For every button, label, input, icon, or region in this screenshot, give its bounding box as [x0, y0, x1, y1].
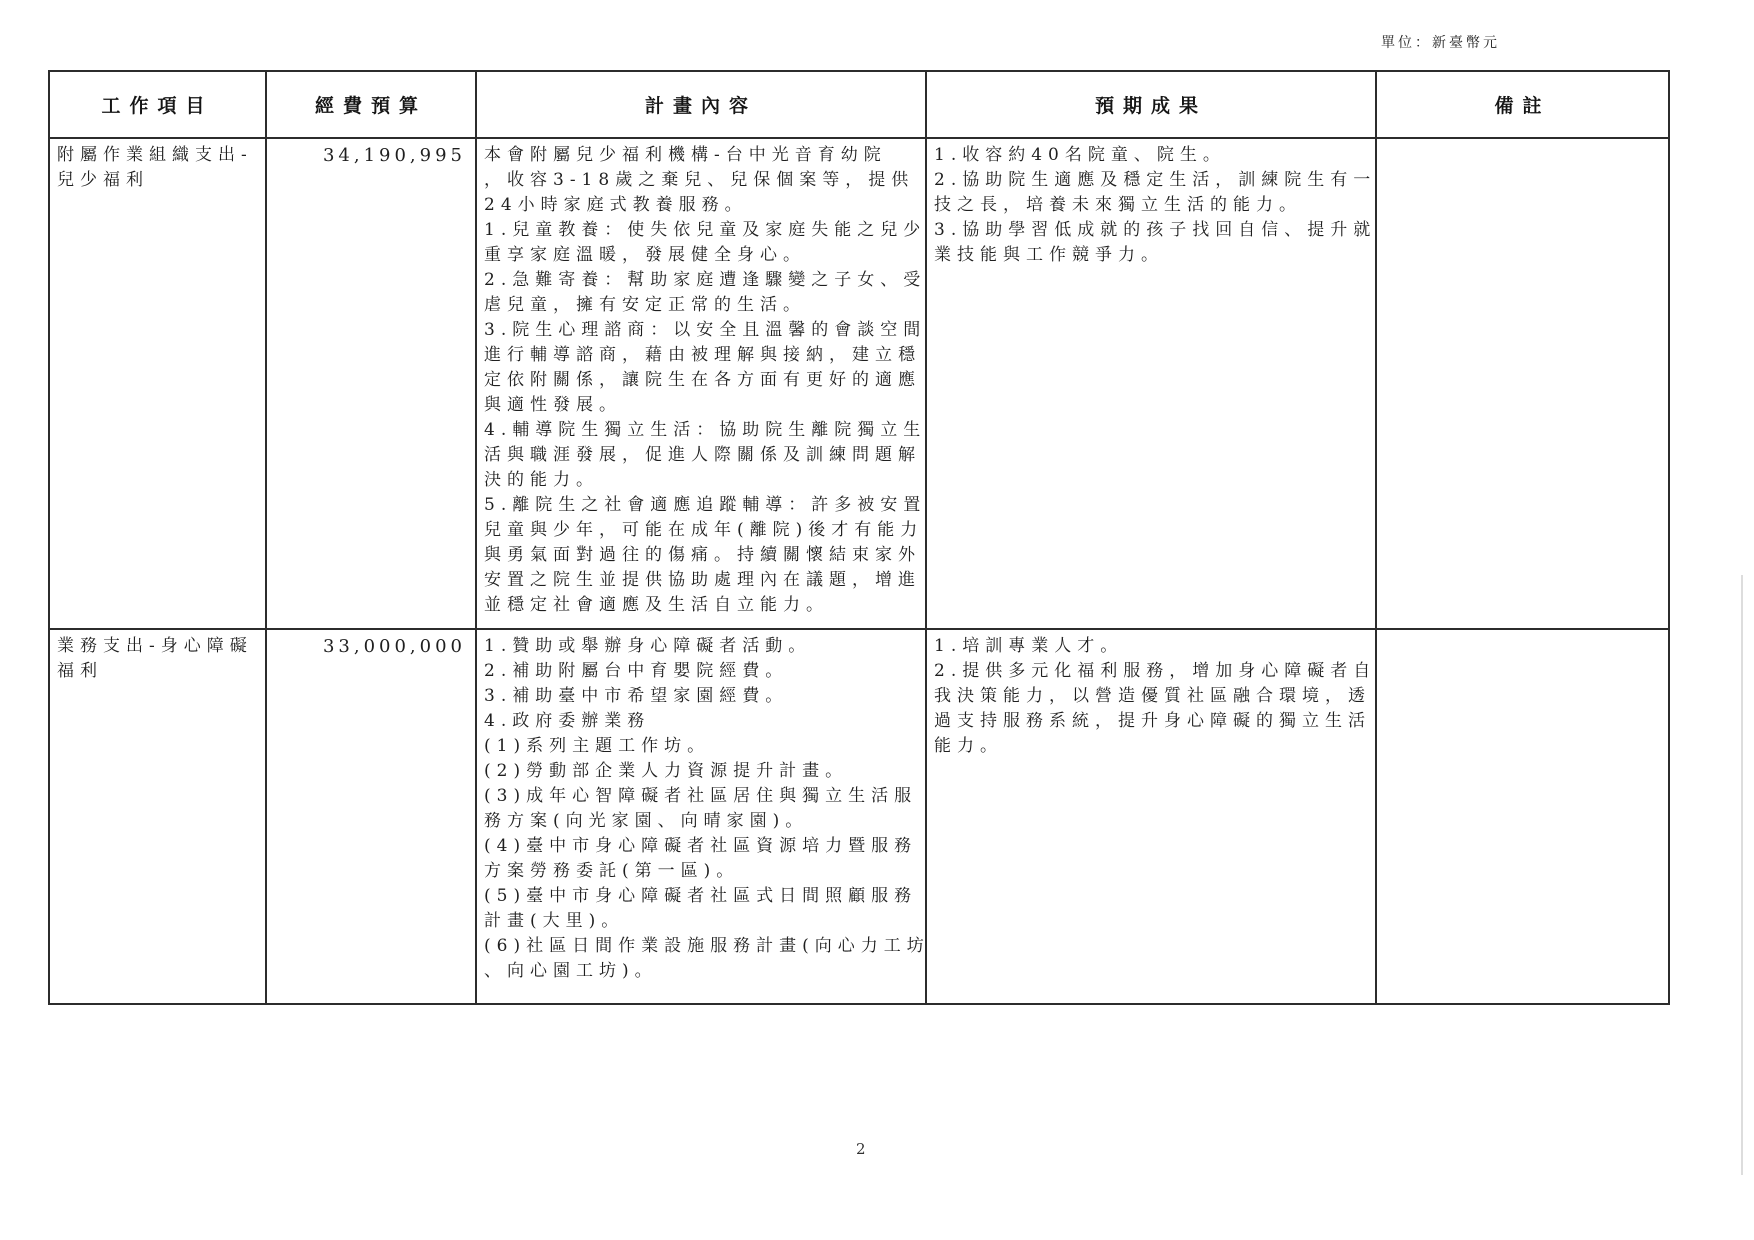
table-row: 業務支出-身心障礙 福利 33,000,000 1.贊助或舉辦身心障礙者活動。 … — [49, 629, 1669, 1004]
cell-plan-content: 1.贊助或舉辦身心障礙者活動。 2.補助附屬台中育嬰院經費。 3.補助臺中市希望… — [476, 629, 926, 1004]
table-row: 附屬作業組織支出- 兒少福利 34,190,995 本會附屬兒少福利機構-台中光… — [49, 138, 1669, 629]
table-header-row: 工作項目 經費預算 計畫內容 預期成果 備註 — [49, 71, 1669, 138]
column-header-plan-content: 計畫內容 — [476, 71, 926, 138]
cell-plan-content: 本會附屬兒少福利機構-台中光音育幼院 ，收容3-18歲之棄兒、兒保個案等，提供 … — [476, 138, 926, 629]
cell-budget-amount: 33,000,000 — [266, 629, 476, 1004]
currency-unit-label: 單位：新臺幣元 — [1381, 32, 1500, 52]
cell-remarks — [1376, 138, 1669, 629]
cell-remarks — [1376, 629, 1669, 1004]
cell-budget-amount: 34,190,995 — [266, 138, 476, 629]
cell-work-item: 附屬作業組織支出- 兒少福利 — [49, 138, 266, 629]
column-header-remarks: 備註 — [1376, 71, 1669, 138]
scan-edge-artifact — [1741, 575, 1743, 1175]
document-page: 單位：新臺幣元 工作項目 經費預算 計畫內容 預期成果 備註 附屬作業組織支出-… — [0, 0, 1754, 1240]
column-header-budget: 經費預算 — [266, 71, 476, 138]
column-header-work-item: 工作項目 — [49, 71, 266, 138]
page-number: 2 — [856, 1140, 866, 1158]
cell-expected-results: 1.培訓專業人才。 2.提供多元化福利服務，增加身心障礙者自 我決策能力，以營造… — [926, 629, 1376, 1004]
cell-expected-results: 1.收容約40名院童、院生。 2.協助院生適應及穩定生活，訓練院生有一 技之長，… — [926, 138, 1376, 629]
column-header-expected-results: 預期成果 — [926, 71, 1376, 138]
budget-table: 工作項目 經費預算 計畫內容 預期成果 備註 附屬作業組織支出- 兒少福利 34… — [48, 70, 1670, 1005]
cell-work-item: 業務支出-身心障礙 福利 — [49, 629, 266, 1004]
